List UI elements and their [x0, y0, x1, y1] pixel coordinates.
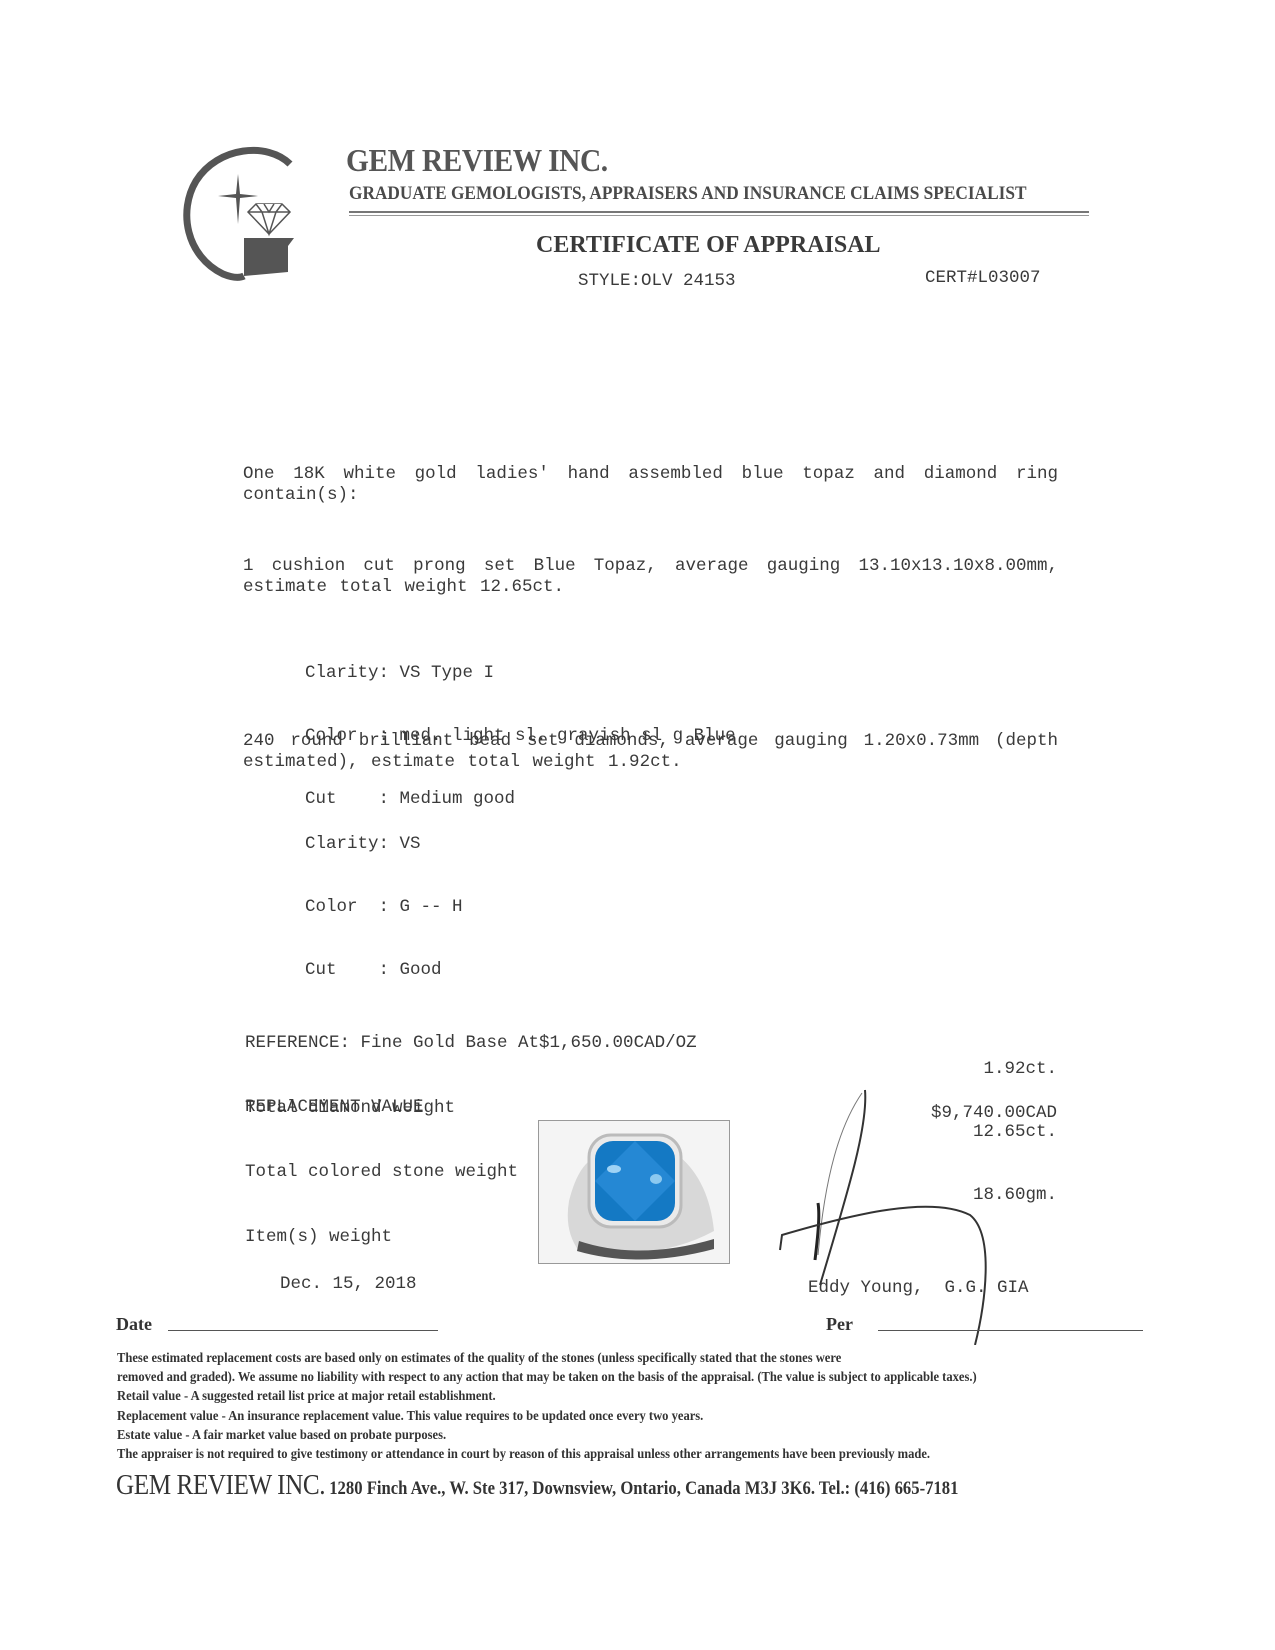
reference-value: 1.92ct. [973, 1059, 1057, 1080]
footer-address: 1280 Finch Ave., W. Ste 317, Downsview, … [325, 1479, 958, 1499]
date-label: Date [116, 1314, 152, 1335]
spec-row: Clarity: VS Type I [305, 663, 736, 684]
disclaimer-line: Estate value - A fair market value based… [117, 1425, 977, 1444]
reference-heading: REFERENCE: Fine Gold Base At$1,650.00CAD… [245, 1033, 697, 1055]
disclaimer-line: The appraiser is not required to give te… [117, 1444, 977, 1463]
ring-image-icon [539, 1121, 729, 1263]
appraisal-date: Dec. 15, 2018 [280, 1274, 417, 1294]
appraiser-name: Eddy Young, G.G. GIA [808, 1278, 1029, 1298]
replacement-value-label: REPLACEMENT VALUE [245, 1097, 424, 1117]
spec-row: Color : G -- H [305, 897, 463, 918]
company-name: GEM REVIEW INC. [346, 142, 608, 179]
certificate-title: CERTIFICATE OF APPRAISAL [536, 232, 881, 259]
disclaimer-line: Retail value - A suggested retail list p… [117, 1386, 977, 1405]
disclaimer-line: Replacement value - An insurance replace… [117, 1406, 977, 1425]
spec-row: Clarity: VS [305, 834, 463, 855]
disclaimer-line: These estimated replacement costs are ba… [117, 1348, 977, 1367]
header-rule-thin [349, 215, 1089, 216]
ring-photo [538, 1120, 730, 1264]
spec-row: Cut : Good [305, 960, 463, 981]
signature-icon [770, 1085, 1000, 1345]
header-rule [349, 211, 1089, 213]
item-description: One 18K white gold ladies' hand assemble… [243, 464, 1058, 506]
footer-company: GEM REVIEW INC. [116, 1470, 325, 1501]
company-tagline: GRADUATE GEMOLOGISTS, APPRAISERS AND INS… [349, 183, 1026, 205]
stone-2-description: 240 round brilliant bead set diamonds, a… [243, 731, 1058, 773]
disclaimer-line: removed and graded). We assume no liabil… [117, 1367, 977, 1386]
stone-2-specs: Clarity: VS Color : G -- H Cut : Good [305, 792, 463, 1002]
stone-1-description: 1 cushion cut prong set Blue Topaz, aver… [243, 556, 1058, 598]
g-diamond-logo-icon [178, 146, 308, 281]
date-signature-line [168, 1330, 438, 1331]
disclaimer-block: These estimated replacement costs are ba… [117, 1348, 1041, 1463]
per-label: Per [826, 1314, 853, 1335]
style-number: STYLE:OLV 24153 [578, 271, 736, 291]
footer: GEM REVIEW INC. 1280 Finch Ave., W. Ste … [116, 1470, 958, 1502]
certificate-number: CERT#L03007 [925, 268, 1041, 288]
per-signature-line [878, 1330, 1143, 1331]
